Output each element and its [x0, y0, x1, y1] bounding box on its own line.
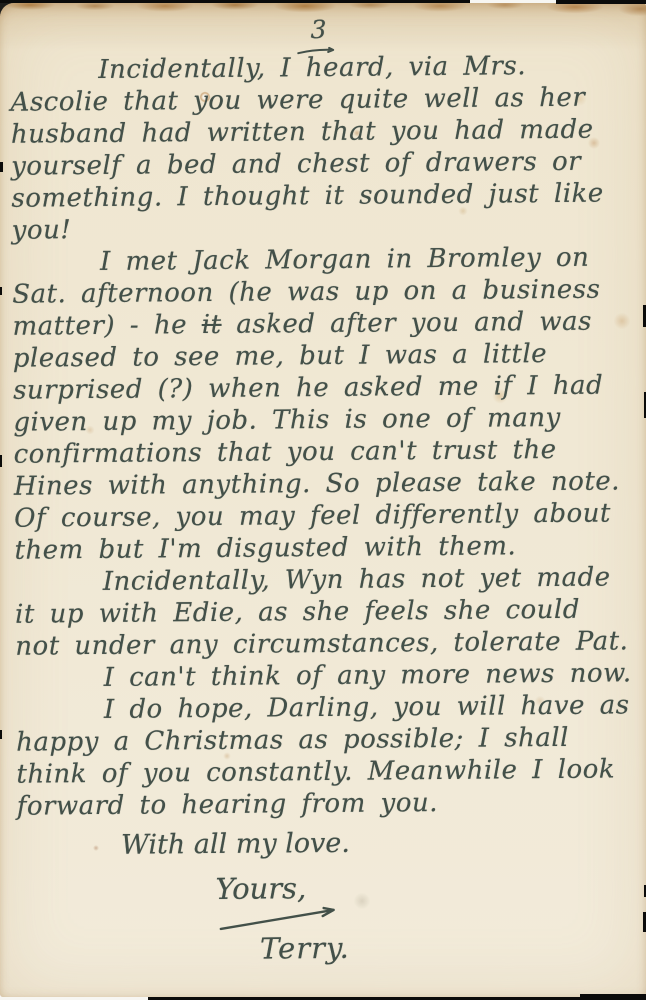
letter-photo: 3 Incidentally, I heard, via Mrs. Ascoli…	[0, 0, 646, 1000]
scan-tick-left-1	[0, 162, 3, 172]
paragraph-text: asked after you and was pleased to see m…	[13, 307, 620, 566]
letter-paper: 3 Incidentally, I heard, via Mrs. Ascoli…	[0, 3, 646, 997]
page-number-underline	[297, 45, 343, 57]
scan-tick-left-2	[0, 287, 2, 295]
scan-tick-left-3	[0, 455, 2, 467]
page-number: 3	[310, 15, 327, 44]
scan-edge-top	[0, 0, 470, 3]
letter-paragraph: Incidentally, I heard, via Mrs. Ascolie …	[10, 49, 628, 246]
letter-body: Incidentally, I heard, via Mrs. Ascolie …	[0, 41, 646, 823]
struck-word: it	[202, 310, 222, 340]
letter-paragraph: Incidentally, Wyn has not yet made it up…	[15, 561, 632, 662]
scan-edge-bottom-right	[580, 994, 646, 1000]
closing-underline-flourish	[218, 903, 352, 932]
letter-paragraph: I met Jack Morgan in Bromley on Sat. aft…	[12, 241, 631, 566]
letter-paragraph: I do hope, Darling, you will have as hap…	[16, 689, 633, 822]
scan-tick-left-4	[0, 730, 2, 739]
closing: Yours,	[215, 871, 306, 906]
signature: Terry.	[260, 928, 646, 965]
valediction: With all my love.	[121, 825, 646, 861]
paragraph-text: I can't think of any more news now.	[104, 658, 632, 693]
paragraph-text: Incidentally, I heard, via Mrs. Ascolie …	[10, 51, 603, 245]
letter-content: 3 Incidentally, I heard, via Mrs. Ascoli…	[0, 12, 646, 968]
paragraph-text: I do hope, Darling, you will have as hap…	[16, 690, 630, 821]
page-number-block: 3	[283, 15, 355, 45]
scan-edge-top-right	[556, 0, 646, 4]
paragraph-text: Incidentally, Wyn has not yet made it up…	[15, 562, 629, 661]
letter-paragraph: I can't think of any more news now.	[15, 657, 631, 694]
closing-block: Yours,	[215, 871, 306, 906]
